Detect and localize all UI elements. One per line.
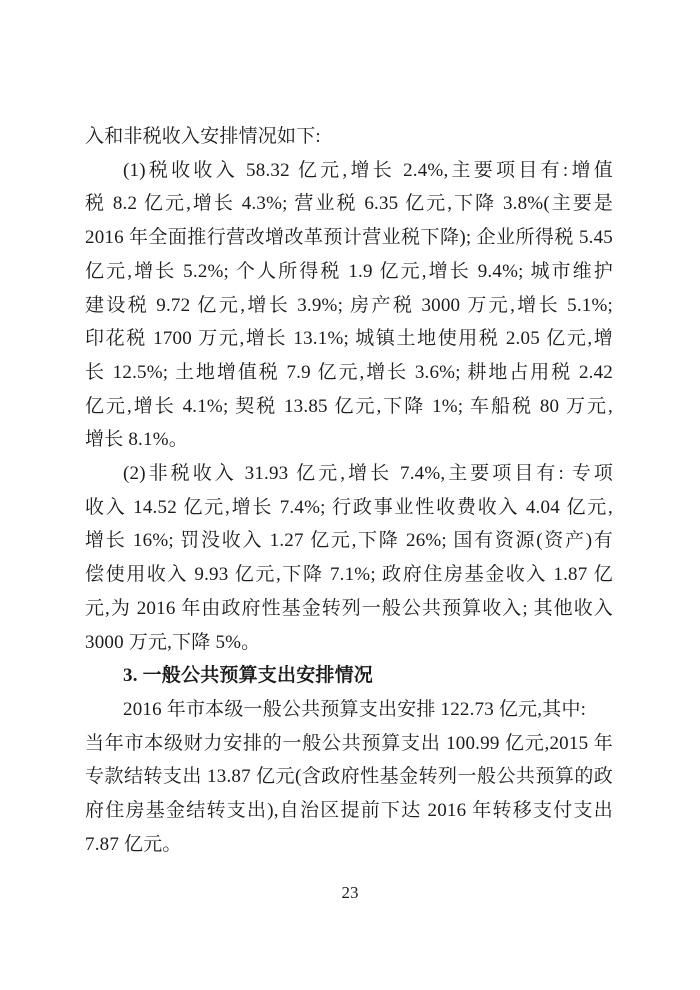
text-line: 亿元,增长 5.2%; 个人所得税 1.9 亿元,增长 9.4%; 城市维护 (85, 255, 613, 289)
text-line: 7.87 亿元。 (85, 828, 613, 862)
text-line: 亿元,增长 4.1%; 契税 13.85 亿元,下降 1%; 车船税 80 万元… (85, 390, 613, 424)
text-line: 长 12.5%; 土地增值税 7.9 亿元,增长 3.6%; 耕地占用税 2.4… (85, 356, 613, 390)
document-page: 入和非税收入安排情况如下:(1)税收收入 58.32 亿元,增长 2.4%,主要… (0, 0, 700, 990)
text-line: 增长 8.1%。 (85, 423, 613, 457)
section-heading: 3. 一般公共预算支出安排情况 (85, 659, 613, 693)
text-line: 税 8.2 亿元,增长 4.3%; 营业税 6.35 亿元,下降 3.8%(主要… (85, 187, 613, 221)
text-line: (1)税收收入 58.32 亿元,增长 2.4%,主要项目有:增值 (85, 154, 613, 188)
text-line: (2)非税收入 31.93 亿元,增长 7.4%,主要项目有: 专项 (85, 457, 613, 491)
text-line: 2016 年市本级一般公共预算支出安排 122.73 亿元,其中: (85, 693, 613, 727)
text-line: 3000 万元,下降 5%。 (85, 626, 613, 660)
text-line: 入和非税收入安排情况如下: (85, 120, 613, 154)
text-line: 印花税 1700 万元,增长 13.1%; 城镇土地使用税 2.05 亿元,增 (85, 322, 613, 356)
page-number: 23 (0, 883, 700, 903)
text-line: 偿使用收入 9.93 亿元,下降 7.1%; 政府住房基金收入 1.87 亿 (85, 558, 613, 592)
text-line: 2016 年全面推行营改增改革预计营业税下降); 企业所得税 5.45 (85, 221, 613, 255)
text-line: 建设税 9.72 亿元,增长 3.9%; 房产税 3000 万元,增长 5.1%… (85, 289, 613, 323)
text-line: 收入 14.52 亿元,增长 7.4%; 行政事业性收费收入 4.04 亿元, (85, 491, 613, 525)
text-line: 当年市本级财力安排的一般公共预算支出 100.99 亿元,2015 年 (85, 727, 613, 761)
text-line: 增长 16%; 罚没收入 1.27 亿元,下降 26%; 国有资源(资产)有 (85, 524, 613, 558)
text-line: 府住房基金结转支出),自治区提前下达 2016 年转移支付支出 (85, 794, 613, 828)
document-body: 入和非税收入安排情况如下:(1)税收收入 58.32 亿元,增长 2.4%,主要… (85, 120, 613, 861)
text-line: 元,为 2016 年由政府性基金转列一般公共预算收入; 其他收入 (85, 592, 613, 626)
text-line: 专款结转支出 13.87 亿元(含政府性基金转列一般公共预算的政 (85, 760, 613, 794)
